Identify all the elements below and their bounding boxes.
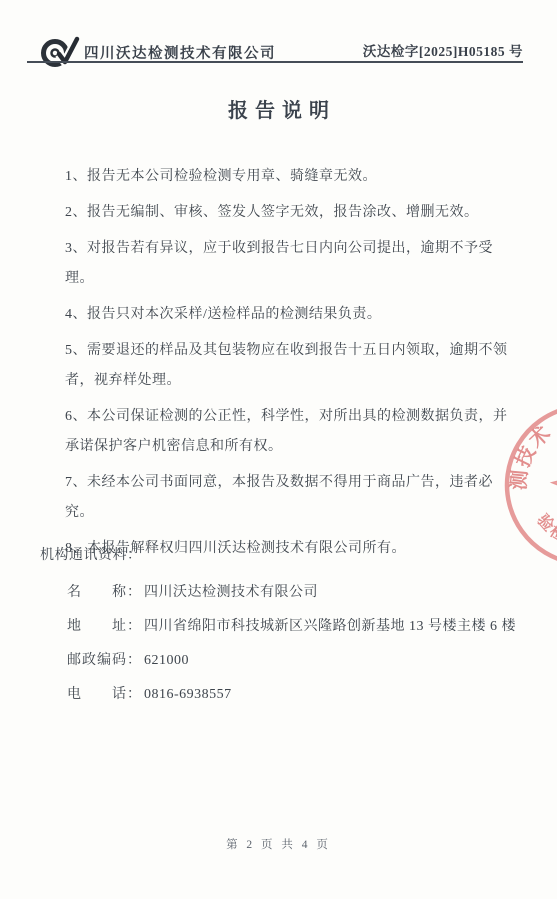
company-logo-icon <box>40 35 80 69</box>
note-item-1: 1、报告无本公司检验检测专用章、骑缝章无效。 <box>65 162 512 192</box>
red-seal-icon: 测技术 验检测 <box>496 398 557 573</box>
stamp-star-icon <box>546 444 557 519</box>
document-page: 四川沃达检测技术有限公司 沃达检字[2025]H05185 号 报告说明 1、报… <box>0 0 557 899</box>
circle-checkmark-logo <box>40 35 80 69</box>
header-divider <box>27 61 523 63</box>
note-item-4: 4、报告只对本次采样/送检样品的检测结果负责。 <box>65 300 512 330</box>
contact-label: 地 址： <box>67 619 142 634</box>
contact-row-name: 名 称：四川沃达检测技术有限公司 <box>67 583 516 602</box>
contact-value: 0816-6938557 <box>144 687 232 702</box>
note-item-6: 6、本公司保证检测的公正性，科学性，对所出具的检测数据负责，并承诺保护客户机密信… <box>65 402 512 462</box>
company-name: 四川沃达检测技术有限公司 <box>84 42 276 63</box>
contact-label: 电 话： <box>67 687 142 702</box>
report-notes-list: 1、报告无本公司检验检测专用章、骑缝章无效。 2、报告无编制、审核、签发人签字无… <box>65 162 512 570</box>
contact-value: 621000 <box>144 653 189 668</box>
official-seal-stamp: 测技术 验检测 <box>496 398 557 573</box>
contact-label: 名 称： <box>67 585 142 600</box>
report-ref-number: 沃达检字[2025]H05185 号 <box>363 40 523 60</box>
note-item-2: 2、报告无编制、审核、签发人签字无效，报告涂改、增删无效。 <box>65 198 512 228</box>
contact-info-section: 机构通讯资料： 名 称：四川沃达检测技术有限公司 地 址：四川省绵阳市科技城新区… <box>40 547 516 719</box>
note-item-5: 5、需要退还的样品及其包装物应在收到报告十五日内领取，逾期不领者，视弃样处理。 <box>65 336 512 396</box>
contact-row-phone: 电 话：0816-6938557 <box>67 685 516 704</box>
contact-value: 四川省绵阳市科技城新区兴隆路创新基地 13 号楼主楼 6 楼 <box>144 619 516 634</box>
contact-row-address: 地 址：四川省绵阳市科技城新区兴隆路创新基地 13 号楼主楼 6 楼 <box>67 617 516 636</box>
page-number: 第 2 页 共 4 页 <box>0 836 557 852</box>
contact-heading: 机构通讯资料： <box>40 547 516 565</box>
contact-value: 四川沃达检测技术有限公司 <box>144 585 318 600</box>
note-item-3: 3、对报告若有异议，应于收到报告七日内向公司提出，逾期不予受理。 <box>65 234 512 294</box>
contact-label: 邮政编码： <box>67 653 142 668</box>
page-title: 报告说明 <box>0 94 557 123</box>
note-item-7: 7、未经本公司书面同意，本报告及数据不得用于商品广告，违者必究。 <box>65 468 512 528</box>
contact-row-postcode: 邮政编码：621000 <box>67 651 516 670</box>
